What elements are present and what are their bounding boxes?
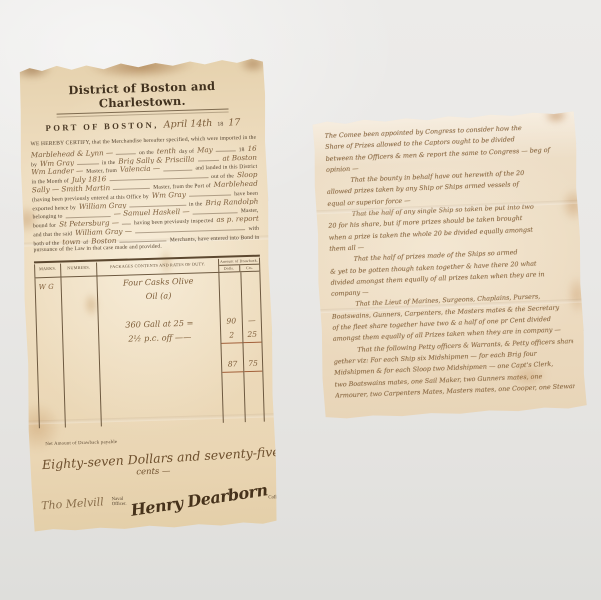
printed-text: in the <box>102 159 116 165</box>
amount-line <box>221 344 242 359</box>
amount-line <box>241 272 259 287</box>
fill-rule <box>122 224 131 225</box>
printed-text: with <box>248 226 259 232</box>
naval-officer-signature: Tho Melvill <box>41 495 104 512</box>
handwritten-entry: at Boston <box>222 152 257 162</box>
printed-text: bound for <box>33 223 56 229</box>
port-label: PORT OF BOSTON, <box>45 120 158 133</box>
dollars-subheader: Dolls. <box>219 266 240 273</box>
numbers-column <box>61 277 101 428</box>
marks-value: W G <box>35 278 60 292</box>
document-title: District of Boston and Charlestown. <box>29 78 256 113</box>
amount-line: 25 <box>243 328 261 344</box>
manuscript-text: The Comee been appointed by Congress to … <box>325 121 576 402</box>
column-header-amount: Amount of Drawback. Dolls. Cts. <box>219 258 259 273</box>
amount-line: — <box>243 314 261 329</box>
entry-line <box>100 357 221 375</box>
fill-rule <box>116 153 136 155</box>
manuscript-document: The Comee been appointed by Congress to … <box>311 110 587 420</box>
cents-column: — 25 75 <box>241 272 263 422</box>
handwritten-entry: May <box>197 145 213 154</box>
column-header-numbers: NUMBERS. <box>61 263 97 278</box>
handwritten-entry: Valencia — <box>120 164 160 174</box>
fill-rule <box>163 169 192 171</box>
total-line: 87 <box>222 358 243 374</box>
amount-line <box>220 287 241 302</box>
printed-year: 18 <box>217 122 223 128</box>
signature-row: Tho Melvill Naval Officer. Henry Dearbor… <box>41 478 268 525</box>
printed-text: in the <box>189 201 203 207</box>
handwritten-entry: Brig Randolph <box>205 196 258 207</box>
column-header-marks: MARKS. <box>35 264 61 279</box>
packages-column: Four Casks Olive Oil (a) 360 Gall at 25 … <box>97 273 223 427</box>
table-body: W G Four Casks Olive Oil (a) 360 Gall at… <box>34 272 264 429</box>
handwritten-date: April 14th <box>164 118 213 130</box>
fill-rule <box>77 163 99 165</box>
handwritten-entry: as p. report <box>216 214 259 224</box>
customs-certificate-document: District of Boston and Charlestown. PORT… <box>17 57 278 532</box>
handwritten-entry: Wm Gray <box>152 190 186 200</box>
cents-subheader: Cts. <box>240 265 260 272</box>
fill-rule <box>198 160 220 162</box>
fill-rule <box>216 150 236 152</box>
amount-line: 90 <box>221 315 242 330</box>
amount-line <box>243 343 261 358</box>
photo-of-documents: { "left_document": { "header": "District… <box>0 0 601 600</box>
amount-in-words-cents: cents — <box>136 464 266 478</box>
collector-signature: Henry Dearborn <box>130 480 269 520</box>
naval-officer-label: Naval Officer. <box>112 497 127 507</box>
amount-subheaders: Dolls. Cts. <box>219 265 259 272</box>
amount-line <box>242 300 260 315</box>
port-line: PORT OF BOSTON, April 14th 18 17 <box>30 117 256 135</box>
amount-line <box>220 301 241 316</box>
total-line: 75 <box>244 357 262 373</box>
amount-line <box>219 273 240 288</box>
certificate-content: District of Boston and Charlestown. PORT… <box>17 57 278 532</box>
handwritten-entry: Marblehead <box>214 179 258 189</box>
amount-line <box>242 286 260 301</box>
certification-text: WE HEREBY CERTIFY, that the Merchandise … <box>30 135 259 256</box>
amount-line: 2 <box>221 329 242 345</box>
handwritten-year: 17 <box>228 117 240 128</box>
collector-label: Collector. <box>268 495 287 501</box>
